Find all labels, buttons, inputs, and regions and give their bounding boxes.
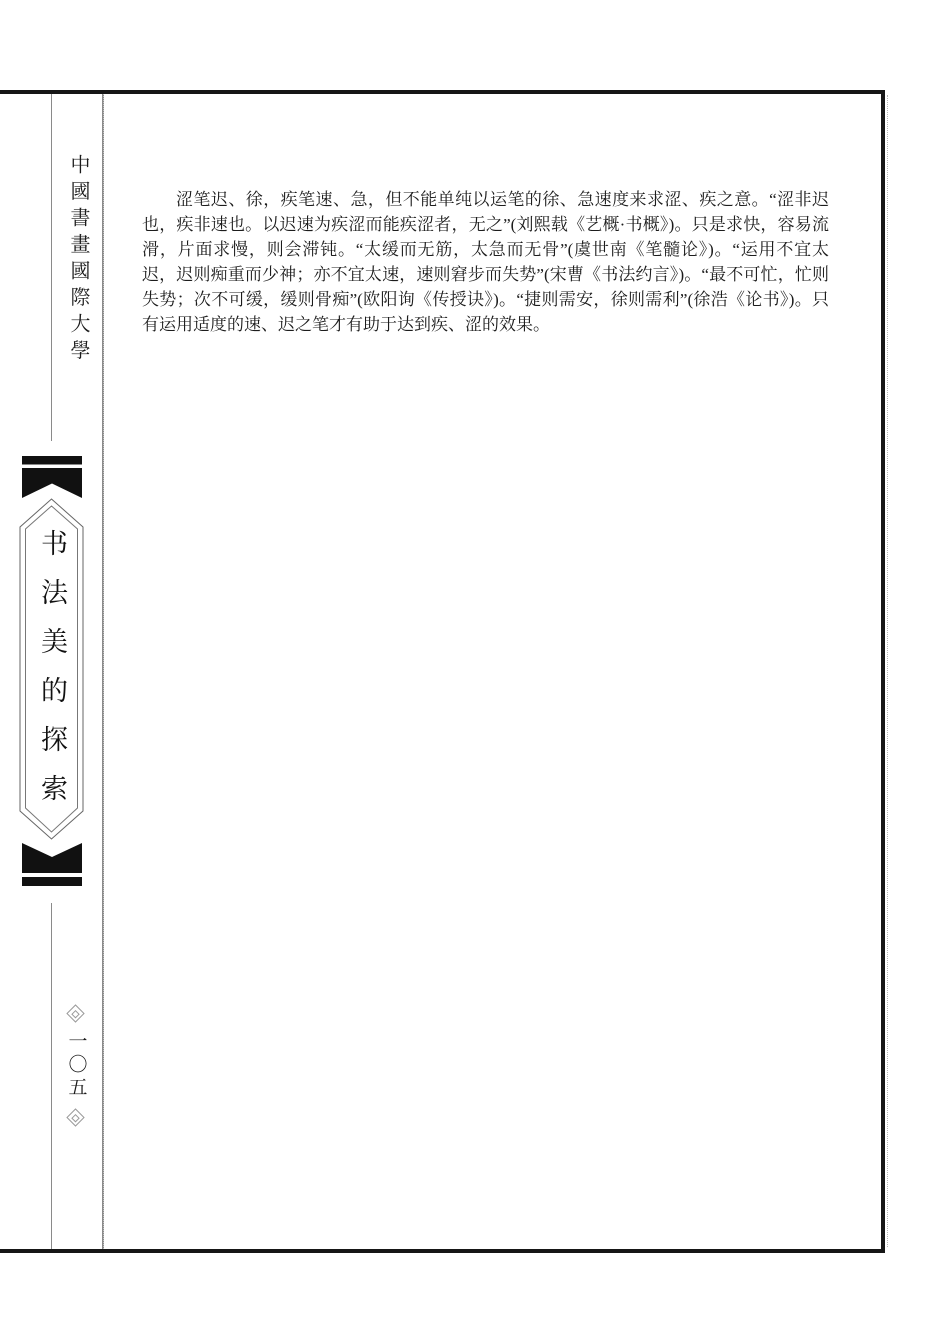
diamond-ornament-inner-icon <box>71 1009 79 1017</box>
ribbon-swallowtail-bottom <box>22 843 82 873</box>
banner-top-ribbon <box>20 454 84 500</box>
banner-bottom-ribbon <box>20 841 84 888</box>
ribbon-swallowtail-top <box>22 468 82 498</box>
sidebar-rule-left-upper <box>51 94 52 441</box>
page-frame-right-line <box>881 90 885 1253</box>
diamond-ornament-icon <box>66 1004 84 1022</box>
diamond-ornament-icon <box>66 1108 84 1126</box>
university-name-vertical: 中國書畫國際大學 <box>67 154 89 366</box>
ribbon-bar-bottom <box>22 877 82 886</box>
book-title-vertical: 书法美的探索 <box>38 529 66 823</box>
ribbon-bar-top <box>22 456 82 465</box>
page-number-block: 一〇五 <box>60 1004 91 1127</box>
sidebar-rule-left-lower <box>51 903 52 1249</box>
page-number-vertical: 一〇五 <box>65 1031 87 1100</box>
sidebar-rule-right <box>102 94 104 1249</box>
body-paragraph: 涩笔迟、徐，疾笔速、急，但不能单纯以运笔的徐、急速度来求涩、疾之意。“涩非迟也，… <box>142 187 829 337</box>
diamond-ornament-inner-icon <box>71 1113 79 1121</box>
page-frame-bottom-line <box>0 1249 885 1253</box>
page-frame-top-line <box>0 90 884 94</box>
page-frame-right-shadow-line <box>887 95 888 1247</box>
